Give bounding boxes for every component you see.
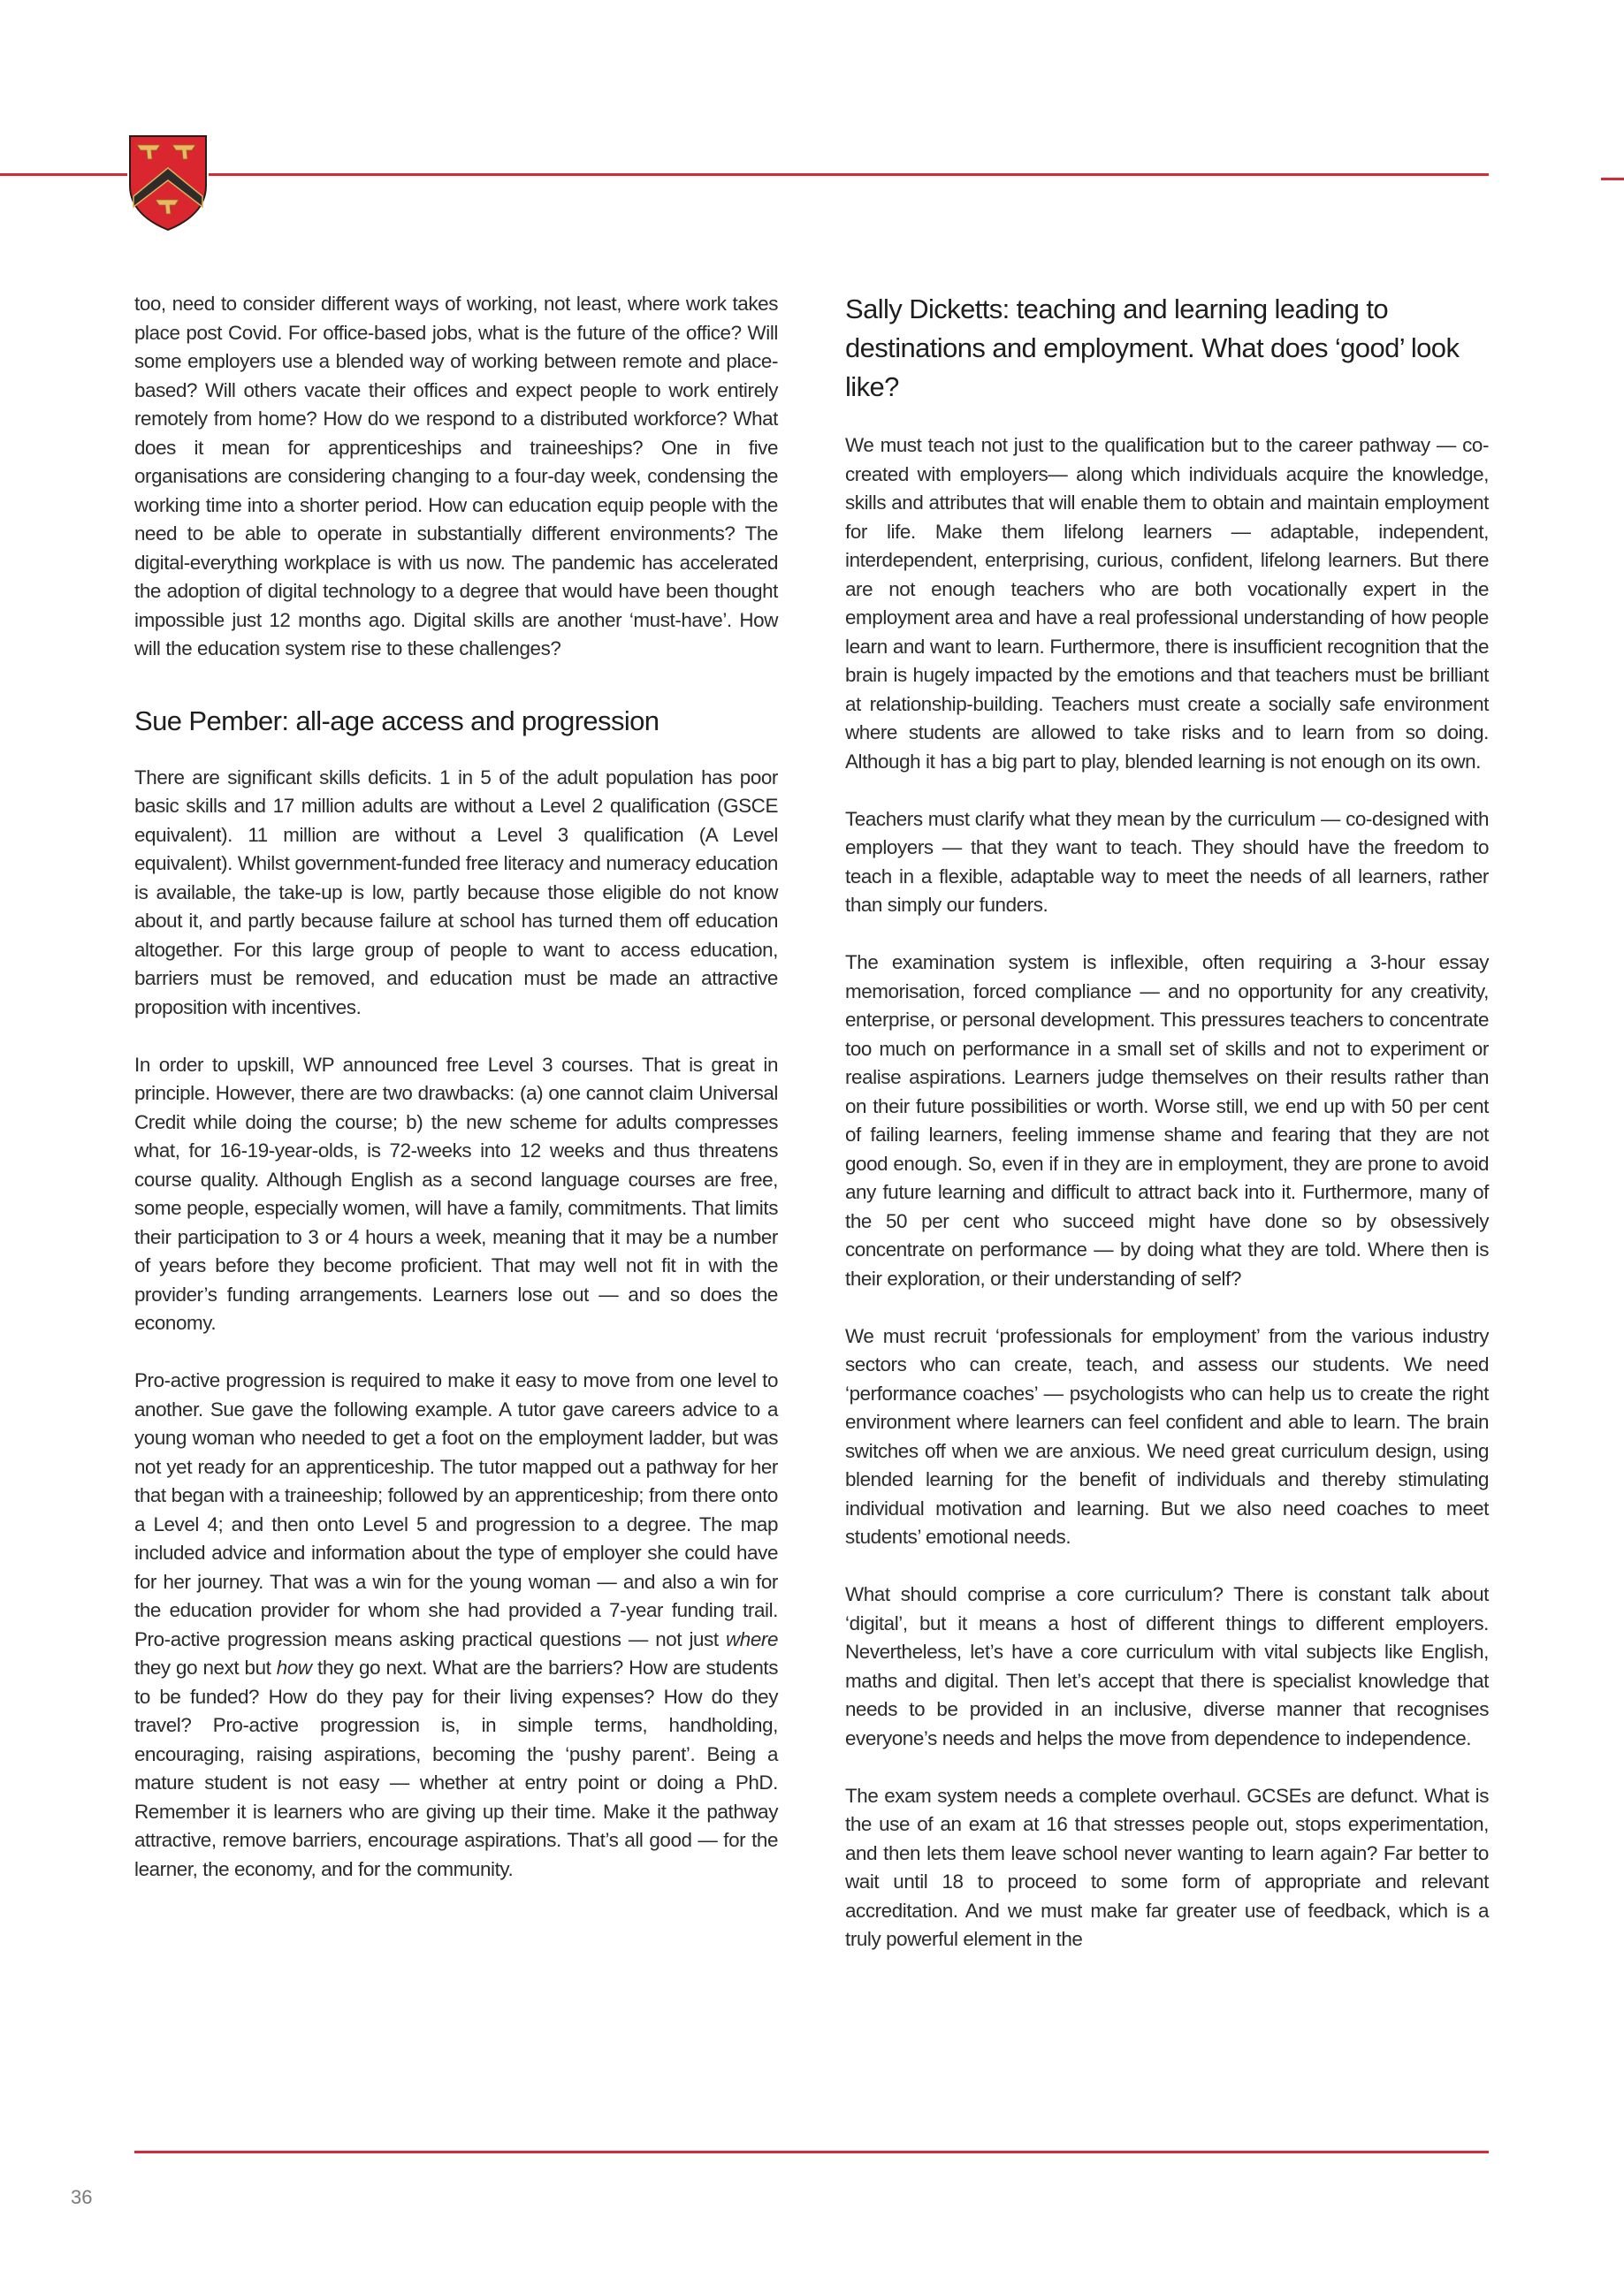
body-paragraph: There are significant skills deficits. 1…	[134, 764, 778, 1023]
text-run: Pro-active progression is required to ma…	[134, 1369, 778, 1650]
emphasis-where: where	[726, 1628, 778, 1650]
right-column: Sally Dicketts: teaching and learning le…	[845, 290, 1489, 1954]
body-paragraph: The examination system is inflexible, of…	[845, 949, 1489, 1293]
text-run: they go next but	[134, 1657, 277, 1679]
text-run: they go next. What are the barriers? How…	[134, 1657, 778, 1880]
emphasis-how: how	[277, 1657, 312, 1679]
left-column: too, need to consider different ways of …	[134, 290, 778, 1884]
page-number: 36	[71, 2186, 92, 2209]
body-paragraph: In order to upskill, WP announced free L…	[134, 1051, 778, 1338]
intro-paragraph: too, need to consider different ways of …	[134, 290, 778, 664]
body-paragraph: Teachers must clarify what they mean by …	[845, 805, 1489, 920]
header-rule	[209, 173, 1489, 176]
section-heading-sue-pember: Sue Pember: all-age access and progressi…	[134, 702, 778, 741]
body-paragraph: The exam system needs a complete overhau…	[845, 1782, 1489, 1954]
college-crest-icon	[128, 134, 208, 232]
footer-rule	[134, 2151, 1489, 2153]
body-paragraph: We must teach not just to the qualificat…	[845, 431, 1489, 776]
header-rule-edge	[1601, 178, 1624, 180]
section-heading-sally-dicketts: Sally Dicketts: teaching and learning le…	[845, 290, 1489, 407]
header-rule-left	[0, 173, 127, 176]
body-paragraph: What should comprise a core curriculum? …	[845, 1581, 1489, 1753]
body-paragraph: We must recruit ‘professionals for emplo…	[845, 1322, 1489, 1552]
progression-paragraph: Pro-active progression is required to ma…	[134, 1367, 778, 1884]
